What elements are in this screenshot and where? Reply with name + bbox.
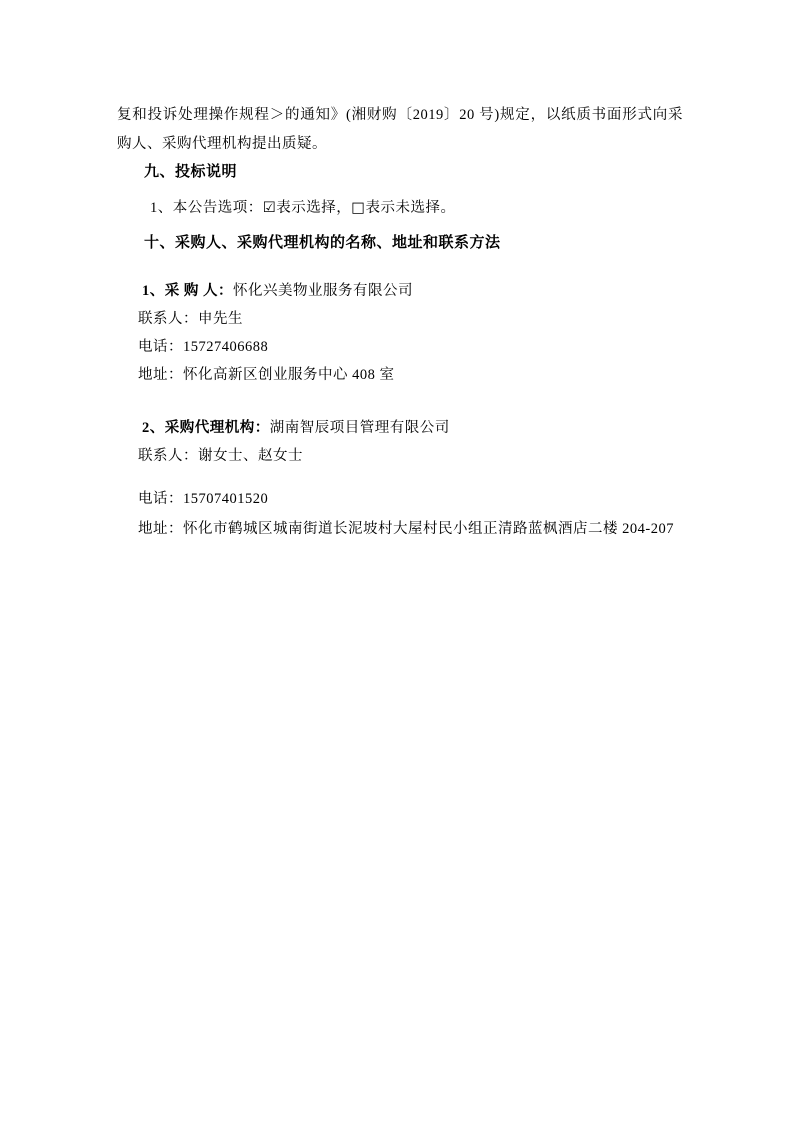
unchecked-checkbox-icon: □	[351, 200, 365, 216]
agency-address-value: 怀化市鹤城区城南街道长泥坡村大屋村民小组正清路蓝枫酒店二楼 204-207	[183, 521, 674, 537]
agency-phone-label: 电话：	[138, 491, 183, 507]
purchaser-contact-label: 联系人：	[138, 311, 198, 327]
purchaser-title-row: 1、采 购 人：怀化兴美物业服务有限公司	[117, 277, 683, 305]
checked-checkbox-icon: ☑	[263, 200, 277, 216]
agency-phone-row: 电话：15707401520	[117, 485, 683, 513]
document-content: 复和投诉处理操作规程＞的通知》(湘财购〔2019〕20 号)规定，以纸质书面形式…	[117, 101, 683, 543]
document-page: 复和投诉处理操作规程＞的通知》(湘财购〔2019〕20 号)规定，以纸质书面形式…	[0, 0, 793, 1122]
section10-heading: 十、采购人、采购代理机构的名称、地址和联系方法	[117, 229, 683, 258]
purchaser-phone-label: 电话：	[138, 339, 183, 355]
agency-phone-value: 15707401520	[183, 491, 268, 507]
purchaser-label: 1、采 购 人：	[142, 283, 233, 299]
purchaser-address-label: 地址：	[138, 367, 183, 383]
checked-option-label: 表示选择，	[276, 200, 351, 216]
purchaser-phone-value: 15727406688	[183, 339, 268, 355]
agency-block: 2、采购代理机构：湖南智辰项目管理有限公司 联系人：谢女士、赵女士 电话：157…	[117, 414, 683, 543]
purchaser-block: 1、采 购 人：怀化兴美物业服务有限公司 联系人：申先生 电话：15727406…	[117, 277, 683, 389]
agency-contact-value: 谢女士、赵女士	[198, 448, 303, 464]
purchaser-contact-value: 申先生	[198, 311, 243, 327]
agency-address-label: 地址：	[138, 521, 183, 537]
purchaser-address-row: 地址：怀化高新区创业服务中心 408 室	[117, 361, 683, 389]
agency-contact-row: 联系人：谢女士、赵女士	[117, 442, 683, 470]
purchaser-phone-row: 电话：15727406688	[117, 333, 683, 361]
agency-address-row: 地址：怀化市鹤城区城南街道长泥坡村大屋村民小组正清路蓝枫酒店二楼 204-207	[117, 515, 683, 543]
purchaser-address-value: 怀化高新区创业服务中心 408 室	[183, 367, 395, 383]
unchecked-option-label: 表示未选择。	[365, 200, 455, 216]
purchaser-name: 怀化兴美物业服务有限公司	[233, 283, 413, 299]
purchaser-contact-row: 联系人：申先生	[117, 305, 683, 333]
agency-name: 湖南智辰项目管理有限公司	[270, 420, 450, 436]
bid-note-prefix: 1、本公告选项：	[150, 200, 263, 216]
bid-note-line: 1、本公告选项：☑表示选择，□表示未选择。	[117, 194, 683, 223]
section9-heading: 九、投标说明	[117, 158, 683, 187]
agency-label: 2、采购代理机构：	[142, 420, 270, 436]
agency-contact-label: 联系人：	[138, 448, 198, 464]
intro-paragraph: 复和投诉处理操作规程＞的通知》(湘财购〔2019〕20 号)规定，以纸质书面形式…	[117, 101, 683, 158]
agency-title-row: 2、采购代理机构：湖南智辰项目管理有限公司	[117, 414, 683, 442]
